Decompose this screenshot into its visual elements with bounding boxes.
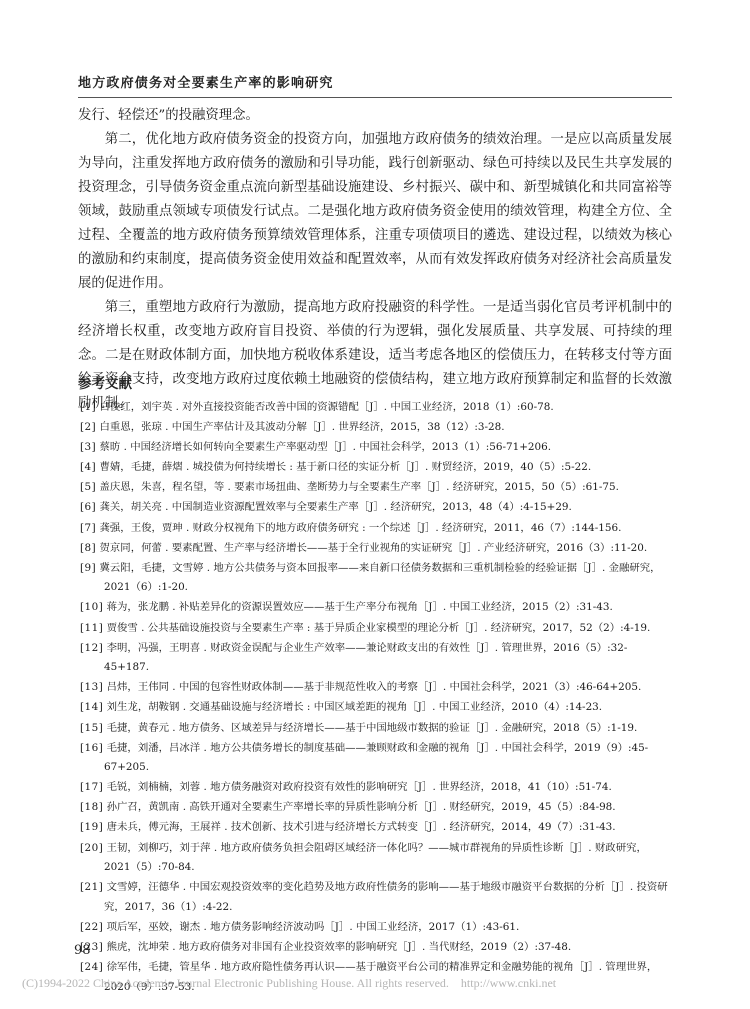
reference-text: 唐未兵，傅元海，王展祥 . 技术创新、技术引进与经济增长方式转变［J］. 经济研… <box>107 821 616 833</box>
reference-text: 白俊红，刘宇英 . 对外直接投资能否改善中国的资源错配［J］. 中国工业经济，2… <box>100 401 554 413</box>
reference-item: [4] 曹婧，毛捷，薛熠 . 城投债为何持续增长 : 基于新口径的实证分析［J］… <box>80 458 672 478</box>
reference-item: [23] 熊虎，沈坤荣 . 地方政府债务对非国有企业投资效率的影响研究［J］. … <box>80 938 672 958</box>
reference-number: [19] <box>80 821 103 833</box>
reference-text: 冀云阳，毛捷，文雪婷 . 地方公共债务与资本回报率——来自新口径债务数据和三重机… <box>100 562 661 594</box>
reference-number: [14] <box>80 701 103 713</box>
reference-text: 李明，冯强，王明喜 . 财政资金误配与企业生产效率——兼论财政支出的有效性［J］… <box>104 642 627 674</box>
reference-text: 文雪婷，汪德华 . 中国宏观投资效率的变化趋势及地方政府性债务的影响——基于地级… <box>104 881 668 913</box>
reference-item: [3] 蔡昉 . 中国经济增长如何转向全要素生产率驱动型［J］. 中国社会科学，… <box>80 438 672 458</box>
reference-text: 蒋为，张龙鹏 . 补贴差异化的资源误置效应——基于生产率分布视角［J］. 中国工… <box>107 601 613 613</box>
reference-item: [9] 冀云阳，毛捷，文雪婷 . 地方公共债务与资本回报率——来自新口径债务数据… <box>80 559 672 598</box>
reference-item: [8] 贺京同，何蕾 . 要素配置、生产率与经济增长——基于全行业视角的实证研究… <box>80 539 672 559</box>
reference-number: [22] <box>80 921 103 933</box>
paragraph-continuation: 发行、轻偿还”的投融资理念。 <box>78 104 672 128</box>
reference-text: 刘生龙，胡鞍钢 . 交通基础设施与经济增长 : 中国区域差距的视角［J］. 中国… <box>107 701 602 713</box>
reference-number: [3] <box>80 441 96 453</box>
reference-item: [12] 李明，冯强，王明喜 . 财政资金误配与企业生产效率——兼论财政支出的有… <box>80 639 672 678</box>
reference-text: 毛捷，黄春元 . 地方债务、区域差异与经济增长——基于中国地级市数据的验证［J］… <box>107 722 638 734</box>
reference-item: [14] 刘生龙，胡鞍钢 . 交通基础设施与经济增长 : 中国区域差距的视角［J… <box>80 698 672 718</box>
reference-number: [1] <box>80 401 96 413</box>
reference-item: [17] 毛锐，刘楠楠，刘蓉 . 地方债务融资对政府投资有效性的影响研究［J］.… <box>80 778 672 798</box>
reference-text: 盖庆恩，朱喜，程名望，等 . 要素市场扭曲、垄断势力与全要素生产率［J］. 经济… <box>100 481 619 493</box>
reference-text: 吕炜，王伟同 . 中国的包容性财政体制——基于非规范性收入的考察［J］. 中国社… <box>107 681 642 693</box>
reference-text: 龚关，胡关亮 . 中国制造业资源配置效率与全要素生产率［J］. 经济研究，201… <box>100 501 572 513</box>
reference-number: [15] <box>80 722 103 734</box>
reference-number: [18] <box>80 801 103 813</box>
body-text: 发行、轻偿还”的投融资理念。 第二，优化地方政府债务资金的投资方向，加强地方政府… <box>78 104 672 416</box>
reference-item: [11] 贾俊雪 . 公共基础设施投资与全要素生产率 : 基于异质企业家模型的理… <box>80 619 672 639</box>
reference-item: [6] 龚关，胡关亮 . 中国制造业资源配置效率与全要素生产率［J］. 经济研究… <box>80 498 672 518</box>
reference-item: [13] 吕炜，王伟同 . 中国的包容性财政体制——基于非规范性收入的考察［J］… <box>80 678 672 698</box>
reference-text: 孙广召，黄凯南 . 高铁开通对全要素生产率增长率的异质性影响分析［J］. 财经研… <box>107 801 616 813</box>
reference-text: 熊虎，沈坤荣 . 地方政府债务对非国有企业投资效率的影响研究［J］. 当代财经，… <box>107 941 572 953</box>
reference-text: 贾俊雪 . 公共基础设施投资与全要素生产率 : 基于异质企业家模型的理论分析［J… <box>107 622 651 634</box>
reference-number: [9] <box>80 562 96 574</box>
reference-number: [24] <box>80 961 103 973</box>
reference-item: [20] 王韧，刘柳巧，刘于萍 . 地方政府债务负担会阻碍区域经济一体化吗？——… <box>80 839 672 878</box>
references-list: [1] 白俊红，刘宇英 . 对外直接投资能否改善中国的资源错配［J］. 中国工业… <box>80 398 672 998</box>
reference-item: [7] 龚强，王俊，贾珅 . 财政分权视角下的地方政府债务研究 : 一个综述［J… <box>80 519 672 539</box>
reference-number: [20] <box>80 842 103 854</box>
running-title: 地方政府债务对全要素生产率的影响研究 <box>78 72 672 98</box>
reference-number: [11] <box>80 622 103 634</box>
reference-item: [16] 毛捷，刘潘，吕冰洋 . 地方公共债务增长的制度基础——兼顾财政和金融的… <box>80 739 672 778</box>
reference-text: 王韧，刘柳巧，刘于萍 . 地方政府债务负担会阻碍区域经济一体化吗？——城市群视角… <box>104 842 647 874</box>
reference-number: [4] <box>80 461 96 473</box>
reference-text: 白重恩，张琼 . 中国生产率估计及其波动分解［J］. 世界经济，2015，38（… <box>100 421 505 433</box>
reference-text: 贺京同，何蕾 . 要素配置、生产率与经济增长——基于全行业视角的实证研究［J］.… <box>100 542 648 554</box>
reference-number: [17] <box>80 781 103 793</box>
reference-item: [10] 蒋为，张龙鹏 . 补贴差异化的资源误置效应——基于生产率分布视角［J］… <box>80 598 672 618</box>
reference-text: 龚强，王俊，贾珅 . 财政分权视角下的地方政府债务研究 : 一个综述［J］. 经… <box>100 522 622 534</box>
reference-text: 项后军，巫姣，谢杰 . 地方债务影响经济波动吗［J］. 中国工业经济，2017（… <box>107 921 520 933</box>
paragraph-second: 第二，优化地方政府债务资金的投资方向，加强地方政府债务的绩效治理。一是应以高质量… <box>78 128 672 296</box>
reference-item: [5] 盖庆恩，朱喜，程名望，等 . 要素市场扭曲、垄断势力与全要素生产率［J］… <box>80 478 672 498</box>
reference-number: [10] <box>80 601 103 613</box>
reference-number: [5] <box>80 481 96 493</box>
reference-number: [7] <box>80 522 96 534</box>
reference-number: [13] <box>80 681 103 693</box>
reference-number: [16] <box>80 742 103 754</box>
reference-number: [6] <box>80 501 96 513</box>
reference-item: [19] 唐未兵，傅元海，王展祥 . 技术创新、技术引进与经济增长方式转变［J］… <box>80 818 672 838</box>
reference-item: [2] 白重恩，张琼 . 中国生产率估计及其波动分解［J］. 世界经济，2015… <box>80 418 672 438</box>
reference-item: [21] 文雪婷，汪德华 . 中国宏观投资效率的变化趋势及地方政府性债务的影响—… <box>80 878 672 917</box>
reference-item: [22] 项后军，巫姣，谢杰 . 地方债务影响经济波动吗［J］. 中国工业经济，… <box>80 918 672 938</box>
references-heading: 参考文献 <box>78 372 132 392</box>
reference-number: [8] <box>80 542 96 554</box>
copyright-notice: (C)1994-2022 China Academic Journal Elec… <box>22 976 556 991</box>
reference-number: [21] <box>80 881 103 893</box>
reference-text: 毛锐，刘楠楠，刘蓉 . 地方债务融资对政府投资有效性的影响研究［J］. 世界经济… <box>107 781 612 793</box>
reference-text: 毛捷，刘潘，吕冰洋 . 地方公共债务增长的制度基础——兼顾财政和金融的视角［J］… <box>104 742 648 774</box>
reference-item: [18] 孙广召，黄凯南 . 高铁开通对全要素生产率增长率的异质性影响分析［J］… <box>80 798 672 818</box>
reference-number: [2] <box>80 421 96 433</box>
reference-number: [12] <box>80 642 103 654</box>
page-number: 98 <box>74 943 91 958</box>
reference-item: [15] 毛捷，黄春元 . 地方债务、区域差异与经济增长——基于中国地级市数据的… <box>80 719 672 739</box>
reference-item: [1] 白俊红，刘宇英 . 对外直接投资能否改善中国的资源错配［J］. 中国工业… <box>80 398 672 418</box>
reference-text: 蔡昉 . 中国经济增长如何转向全要素生产率驱动型［J］. 中国社会科学，2013… <box>100 441 552 453</box>
reference-text: 曹婧，毛捷，薛熠 . 城投债为何持续增长 : 基于新口径的实证分析［J］. 财贸… <box>100 461 592 473</box>
